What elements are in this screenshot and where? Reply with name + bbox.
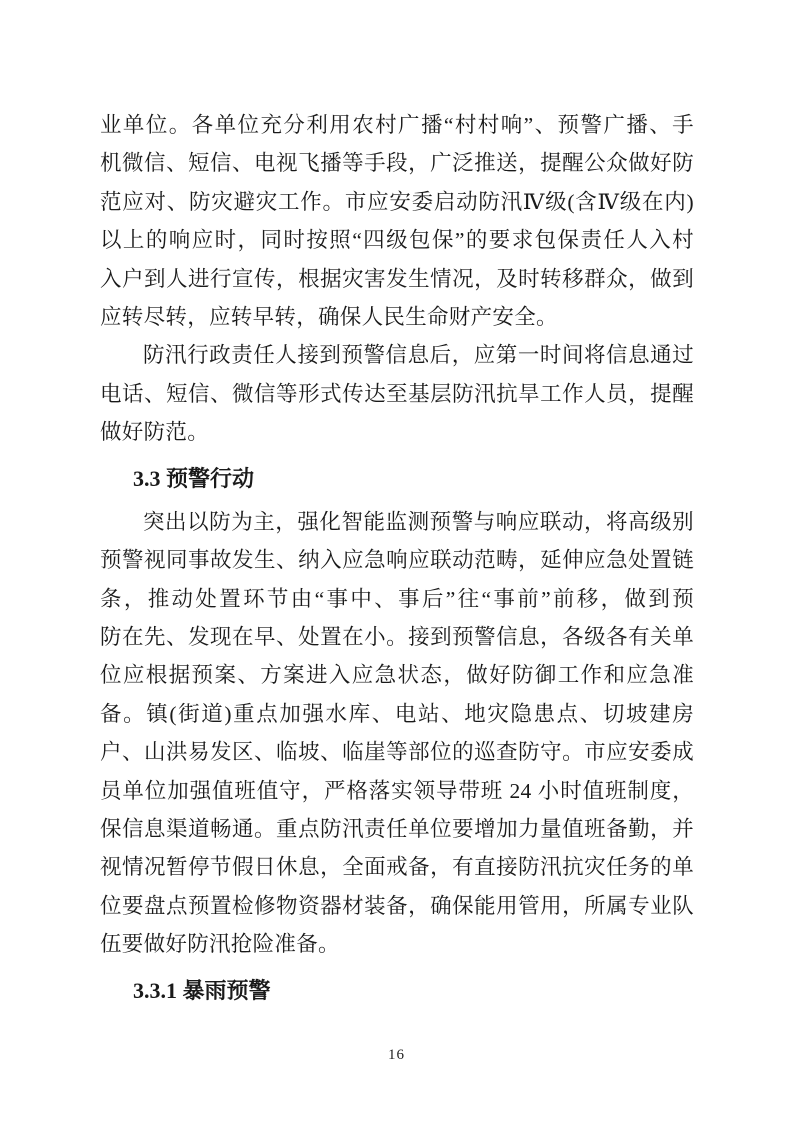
text-line: 应转尽转，应转早转，确保人民生命财产安全。: [100, 298, 694, 336]
text-line: 备。镇(街道)重点加强水库、电站、地灾隐患点、切坡建房: [100, 695, 694, 733]
text-line: 以上的响应时，同时按照“四级包保”的要求包保责任人入村: [100, 221, 694, 259]
text-line: 范应对、防灾避灾工作。市应安委启动防汛Ⅳ级(含Ⅳ级在内): [100, 183, 694, 221]
text-line: 视情况暂停节假日休息，全面戒备，有直接防汛抗灾任务的单: [100, 848, 694, 886]
document-content: 业单位。各单位充分利用农村广播“村村响”、预警广播、手机微信、短信、电视飞播等手…: [100, 106, 694, 1015]
section-heading: 3.3 预警行动: [100, 460, 694, 498]
text-line: 做好防范。: [100, 413, 694, 451]
text-line: 入户到人进行宣传，根据灾害发生情况，及时转移群众，做到: [100, 260, 694, 298]
text-line: 保信息渠道畅通。重点防汛责任单位要增加力量值班备勤，并: [100, 810, 694, 848]
paragraph: 突出以防为主，强化智能监测预警与响应联动，将高级别预警视同事故发生、纳入应急响应…: [100, 503, 694, 964]
document-page: 业单位。各单位充分利用农村广播“村村响”、预警广播、手机微信、短信、电视飞播等手…: [0, 0, 793, 1121]
text-line: 户、山洪易发区、临坡、临崖等部位的巡查防守。市应安委成: [100, 733, 694, 771]
text-line: 防在先、发现在早、处置在小。接到预警信息，各级各有关单: [100, 618, 694, 656]
text-line: 位应根据预案、方案进入应急状态，做好防御工作和应急准: [100, 656, 694, 694]
text-line: 位要盘点预置检修物资器材装备，确保能用管用，所属专业队: [100, 887, 694, 925]
text-line: 突出以防为主，强化智能监测预警与响应联动，将高级别: [100, 503, 694, 541]
text-line: 业单位。各单位充分利用农村广播“村村响”、预警广播、手: [100, 106, 694, 144]
page-number: 16: [388, 1047, 405, 1063]
text-line: 伍要做好防汛抢险准备。: [100, 925, 694, 963]
text-line: 条，推动处置环节由“事中、事后”往“事前”前移，做到预: [100, 580, 694, 618]
text-line: 电话、短信、微信等形式传达至基层防汛抗旱工作人员，提醒: [100, 375, 694, 413]
section-heading: 3.3.1 暴雨预警: [100, 972, 694, 1010]
page-footer: 16: [0, 1046, 793, 1064]
text-line: 防汛行政责任人接到预警信息后，应第一时间将信息通过: [100, 336, 694, 374]
text-line: 预警视同事故发生、纳入应急响应联动范畴，延伸应急处置链: [100, 541, 694, 579]
paragraph: 防汛行政责任人接到预警信息后，应第一时间将信息通过电话、短信、微信等形式传达至基…: [100, 336, 694, 451]
text-line: 员单位加强值班值守，严格落实领导带班 24 小时值班制度，确: [100, 772, 694, 810]
text-line: 机微信、短信、电视飞播等手段，广泛推送，提醒公众做好防: [100, 144, 694, 182]
paragraph: 业单位。各单位充分利用农村广播“村村响”、预警广播、手机微信、短信、电视飞播等手…: [100, 106, 694, 336]
